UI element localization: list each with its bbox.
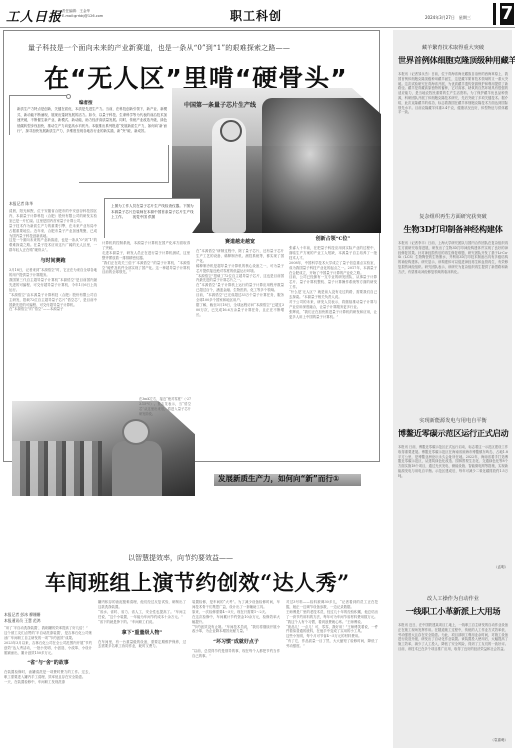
- subheading: “坏习惯”成就好点子: [192, 639, 280, 645]
- photo-banner-text: 中国第一条量子芯片生产线: [184, 100, 256, 109]
- brief-worker-innovation: 改人工操作为自动作业 一线职工小革新派上大用场 本报讯 近日，在中国铁建某项目工…: [398, 595, 508, 743]
- paragraph: 2008年，中国科学技术大学成立了量子信息重点实验室，成为我国量子科技产业化的起…: [289, 261, 377, 276]
- subheading: 与时间赛跑: [9, 258, 97, 264]
- paragraph: 量子技术作为新质生产力的重要引擎，在未来产业布局中占据重要地位。近年来，合肥市量…: [9, 224, 97, 239]
- bottom-column-3: 装置检修，是车间的“大考”。为了减少设备检修时间，车间技术骨干们集思广益，设计出…: [192, 600, 280, 748]
- paragraph: “省下的就是挣下的。”车间职工们说。: [98, 620, 186, 625]
- paragraph: 走进本源量子，研发人员正在进行量子计算机测试，这里整齐摆放着一排排精密仪器。: [102, 251, 190, 261]
- paragraph: “有了它，作品质量一目了然，大大缩短了检修时间，降低了劳动强度。”: [286, 639, 378, 649]
- paragraph: 对过3号料——检料被调30多儿，“记者看到的员工正在挖掘，她正一边调节设备参数，…: [286, 600, 378, 610]
- brief-title: 博鳌近零碳示范区运行正式启动: [398, 428, 508, 439]
- series-banner: 发展新质生产力，如何向“新”而行①: [214, 474, 361, 486]
- paragraph: 一天，在装置检修中，车间职工发现洗涤: [4, 680, 92, 685]
- byline-correspondents: 本报通讯员 王慧 范鸿: [4, 618, 41, 624]
- paragraph: 清晨，阳光和煦，位于安徽省合肥市的中安创谷科技园区内，本源量子计算科技（合肥）股…: [9, 209, 97, 224]
- brief-3d-bioprinting: 复杂组织再生方面研究获突破 生物3D打印制备神经构建体 本报讯（记者李丰）日前，…: [398, 213, 508, 391]
- paragraph: 这个被工友们点赞的‘半自动洗涤装置’，是吉林石化公司炼油厂车间职工自主研发的一项…: [4, 631, 92, 641]
- brief-signature: （袁嘉萌）: [398, 738, 508, 743]
- newspaper-logo: 工人日报: [6, 6, 62, 25]
- paragraph: 3月18日，记者来到“本源悟空”时，它正在为来自全球各地的用户提供量子计算服务。: [9, 268, 97, 278]
- frame-line: [9, 95, 10, 135]
- bottom-story-headline: 车间班组上演节约创效“达人秀”: [45, 567, 350, 597]
- paragraph: 装置检修，是车间的“大考”。为了减少设备检修时间，车间技术骨干们集思广益，设计出…: [192, 600, 280, 610]
- paragraph: 王师傅是厂里的老技术员，经过几十年的经验积累，他总结出了一套节约用料的方法，每年…: [286, 610, 378, 620]
- paragraph: 对于公司的未来，研发人员表示，将继续推动量子计算与产业应用深度融合，让量子计算服…: [289, 300, 377, 310]
- brief-body: 本报讯 近日，在中国铁建某项目工地上，一线职工自主研发的自动作业设备正在施工现场…: [398, 623, 508, 738]
- worker-body-figure: [112, 441, 162, 496]
- brief-kicker: 复杂组织再生方面研究获突破: [398, 213, 508, 220]
- brief-kicker: 实现新能源发电与用电自平衡: [398, 417, 508, 424]
- bottom-column-2: 罐内积存的油泥极难清理，他们经过反复试验，研制出了这款洗涤装置。 “省水、省时、…: [98, 600, 186, 748]
- masthead: 工人日报 责任编辑：王金华 E-mail:grrbkj@126.com 职工科创…: [0, 0, 515, 28]
- paragraph: 计算机的控制系统，本源量子计算机在国产化率方面取得了突破。: [102, 241, 190, 251]
- top-story-kicker: 量子科技是一个面向未来的产业新赛道，也是一条从“0”到“1”的艰难探索之路——: [28, 43, 290, 53]
- news-brief-sidebar: 藏羊繁育技术取得重大突破 世界首例体细胞克隆顶级种用藏羊诞生 本报讯（记者邹永杰…: [393, 30, 512, 748]
- paragraph: 在“本源悟空”研制过程中，除了量子芯片，还有量子芯片生产工艺的设备、稀释制冷机、…: [196, 249, 284, 264]
- bottom-column-4: 对过3号料——检料被调30多儿，“记者看到的员工正在挖掘，她正一边调节设备参数，…: [286, 600, 378, 748]
- brief-boao-zero-carbon: 实现新能源发电与用电自平衡 博鳌近零碳示范区运行正式启动 本报讯 日前，博鳌近零…: [398, 417, 508, 570]
- paragraph: 目前，公司已经拥有一支专业的研发团队，从事量子计算芯片、量子计算机整机、量子计算…: [289, 275, 377, 290]
- paragraph: 我国第三代自主超导量子计算机“本源悟空”是目前国内最先进的可编程、可交付超导量子…: [9, 278, 97, 293]
- email-line: E-mail:grrbkj@126.com: [62, 14, 122, 19]
- paragraph: 在车间里，有一台重量级的设备，需要定期维护保养，过去需要多名职工协同作业，耗时又…: [98, 640, 186, 650]
- subheading: 赛道越走越宽: [196, 239, 284, 245]
- paragraph: 这是一个面向未来的产业新赛道，也是一条从“0”到“1”的艰难探索之路。在量子技术…: [9, 238, 97, 253]
- bottom-story-byline: 本报记者 彭冰 柳姗姗 本报通讯员 王慧 范鸿: [4, 612, 41, 624]
- inline-caption: 在3mK左右，接近“绝对零度”（-273.15℃）。贾志龙表示，当“悟空芯”从这…: [139, 397, 191, 437]
- brief-title: 一线职工小革新派上大用场: [398, 606, 508, 617]
- paragraph: 罐内积存的油泥极难清理，他们经过反复试验，研制出了这款洗涤装置。: [98, 600, 186, 610]
- bottom-column-1: “用了‘半自动洗涤装置’，我刷罐的效率提高了好几倍！” 这个被工友们点赞的‘半自…: [4, 626, 92, 748]
- photo-caption: 上图为工作人员在量子芯片生产线检查仪器。下图为本源量子芯片总装师在本源中国首条量…: [105, 199, 200, 226]
- brief-body: 本报讯 日前，博鳌近零碳示范区正式运行启动，标志着这一示范区建设工作取得重要进展…: [398, 445, 508, 565]
- brief-body: 本报讯（记者李丰）日前，上海大学研究团队与国内合作团队在复杂组织再生方面研究取得…: [398, 241, 508, 391]
- paragraph: 在这次检修中，车间累计节约资金10余万元，检修效率大幅提升。: [192, 615, 280, 625]
- paragraph: 原来，一次检修需要4～5天，现在只需要1～2天。: [192, 610, 280, 615]
- paragraph: “废品儿！一点儿！可，零零，我好用！”王师傅笑着说，一件件看似普通的废料，在他手…: [286, 625, 378, 635]
- article-column-2: 计算机的控制系统，本源量子计算机在国产化率方面取得了突破。 走进本源量子，研发人…: [102, 241, 190, 391]
- subheading: “省”与“舍”的故事: [4, 660, 92, 666]
- article-column-4: 创新占领“C位” 张睿入十年前，在把量子科技应用到实际产业的过程中，面临生产方案…: [289, 231, 377, 471]
- subheading: 拿下“重量级人物”: [98, 630, 186, 636]
- paragraph: 在“本源悟空”的“悟空”——本源量子: [9, 307, 97, 312]
- paragraph: 在装置检修时，油罐清洗是一项费时费力的工作。过去，职工需要进入罐内手工清理，效率…: [4, 670, 92, 680]
- page-number: 7: [496, 3, 514, 25]
- brief-kicker: 藏羊繁育技术取得重大突破: [398, 44, 508, 51]
- paragraph: “本源悟空”搭载了72位自主超导量子芯片，这也是目前国内最先进的量子计算芯片之一…: [196, 274, 284, 284]
- paragraph: 在“本源悟空”量子计算机上运行的量子计算应用程序数量已超过百个，涵盖金融、生物医…: [196, 283, 284, 293]
- brief-kicker: 改人工操作为自动作业: [398, 595, 508, 602]
- frame-line: [79, 182, 169, 183]
- paragraph: 据了解，截至3月18日，全球远程访问“本源悟空”已超过300万次，已完成16.6…: [196, 303, 284, 318]
- frame-line: [168, 145, 169, 183]
- paragraph: “省水、省时、省力、省人工，安全性也提高了。”车间主任说，“这个小装置，一年能为…: [98, 610, 186, 620]
- article-column-3: 赛道越走越宽 在“本源悟空”研制过程中，除了量子芯片，还有量子芯片生产工艺的设备…: [196, 181, 284, 471]
- equipment-figure: [12, 441, 102, 496]
- section-title: 职工科创: [230, 7, 282, 24]
- brief-signature: （孟明）: [398, 565, 508, 570]
- bottom-story-kicker: 以智慧提效率，向节约要效益——: [128, 553, 233, 563]
- series-banner-text: 发展新质生产力，如何向“新”而行①: [218, 473, 339, 484]
- editor-note: 编者按 新质生产力特点是创新，关键在质优，本质是先进生产力。当前，在科技创新引领…: [9, 95, 169, 183]
- paragraph: “本源悟空”由本源量子计算科技（合肥）股份有限公司自主研发，搭载72位自主超导量…: [9, 293, 97, 308]
- top-story: 量子科技是一个面向未来的产业新赛道，也是一条从“0”到“1”的艰难探索之路—— …: [3, 30, 380, 462]
- paragraph: “我们正在攻关三倍于‘本源悟空’”的量子计算机，“本源悟空”硬件及软件全部实现了…: [102, 261, 190, 276]
- paragraph: 目前，“本源悟空”已完成超过33万个量子计算任务，服务全球100多个国家和地区用…: [196, 293, 284, 303]
- brief-title: 生物3D打印制备神经构建体: [398, 224, 508, 235]
- paragraph: “什么是‘无人区’？就是前人没有走过的路，需要我们自己去探索。”本源量子相关负责…: [289, 290, 377, 300]
- editor-note-text: 新质生产力特点是创新，关键在质优，本质是先进生产力。当前，在科技创新引领下，新产…: [17, 107, 167, 135]
- paragraph: 张辉说，“我们正在加快推进量子计算机的研发和应用，让更多人用上中国的量子计算机。…: [289, 310, 377, 320]
- paragraph: 稀释制冷机是超导量子计算机的核心设备之一，可为量子芯片提供接近绝对零度的低温运行…: [196, 264, 284, 274]
- subheading: 创新占领“C位”: [289, 236, 377, 242]
- editor-note-title: 编者按: [79, 100, 93, 106]
- inline-caption-text: 在3mK左右，接近“绝对零度”（-273.15℃）。贾志龙表示，当“悟空芯”从这…: [139, 397, 191, 417]
- photo-caption-box: 上图为工作人员在量子芯片生产线检查仪器。下图为本源量子芯片总装师在本源中国首条量…: [104, 198, 200, 238]
- paragraph: 张睿入十年前，在把量子科技应用到实际产业的过程中，面临生产方案的产业工人短缺，本…: [289, 246, 377, 261]
- brief-tibetan-sheep-clone: 藏羊繁育技术取得重大突破 世界首例体细胞克隆顶级种用藏羊诞生 本报讯（记者邹永杰…: [398, 44, 508, 212]
- paragraph: “以前，总觉得节约是领导的事，现在每个人都把节约当作自己的事。”: [192, 649, 280, 659]
- frame-line: [9, 95, 69, 96]
- brief-title: 世界首例体细胞克隆顶级种用藏羊诞生: [398, 55, 508, 66]
- top-story-byline: 本报记者 陈华: [9, 201, 33, 207]
- article-column-1: 清晨，阳光和煦，位于安徽省合肥市的中安创谷科技园区内，本源量子计算科技（合肥）股…: [9, 209, 97, 394]
- brief-body: 本报讯（记者邹永杰）日前，位于青海省海北藏族自治州的西海草原上，我国首例体细胞克…: [398, 72, 508, 212]
- editor-contact: 责任编辑：王金华 E-mail:grrbkj@126.com: [62, 9, 122, 18]
- issue-date: 2024年3月27日 星期三: [425, 15, 471, 21]
- paragraph: “节约创效没有止境。”车间技术员说，“我们将继续开展小改小革，为企业降本增效贡献…: [192, 625, 280, 635]
- paragraph: 2023年3月以来，吉林石化公司在全公司范围内开展“节约创效”达人秀活动，一批小…: [4, 641, 92, 656]
